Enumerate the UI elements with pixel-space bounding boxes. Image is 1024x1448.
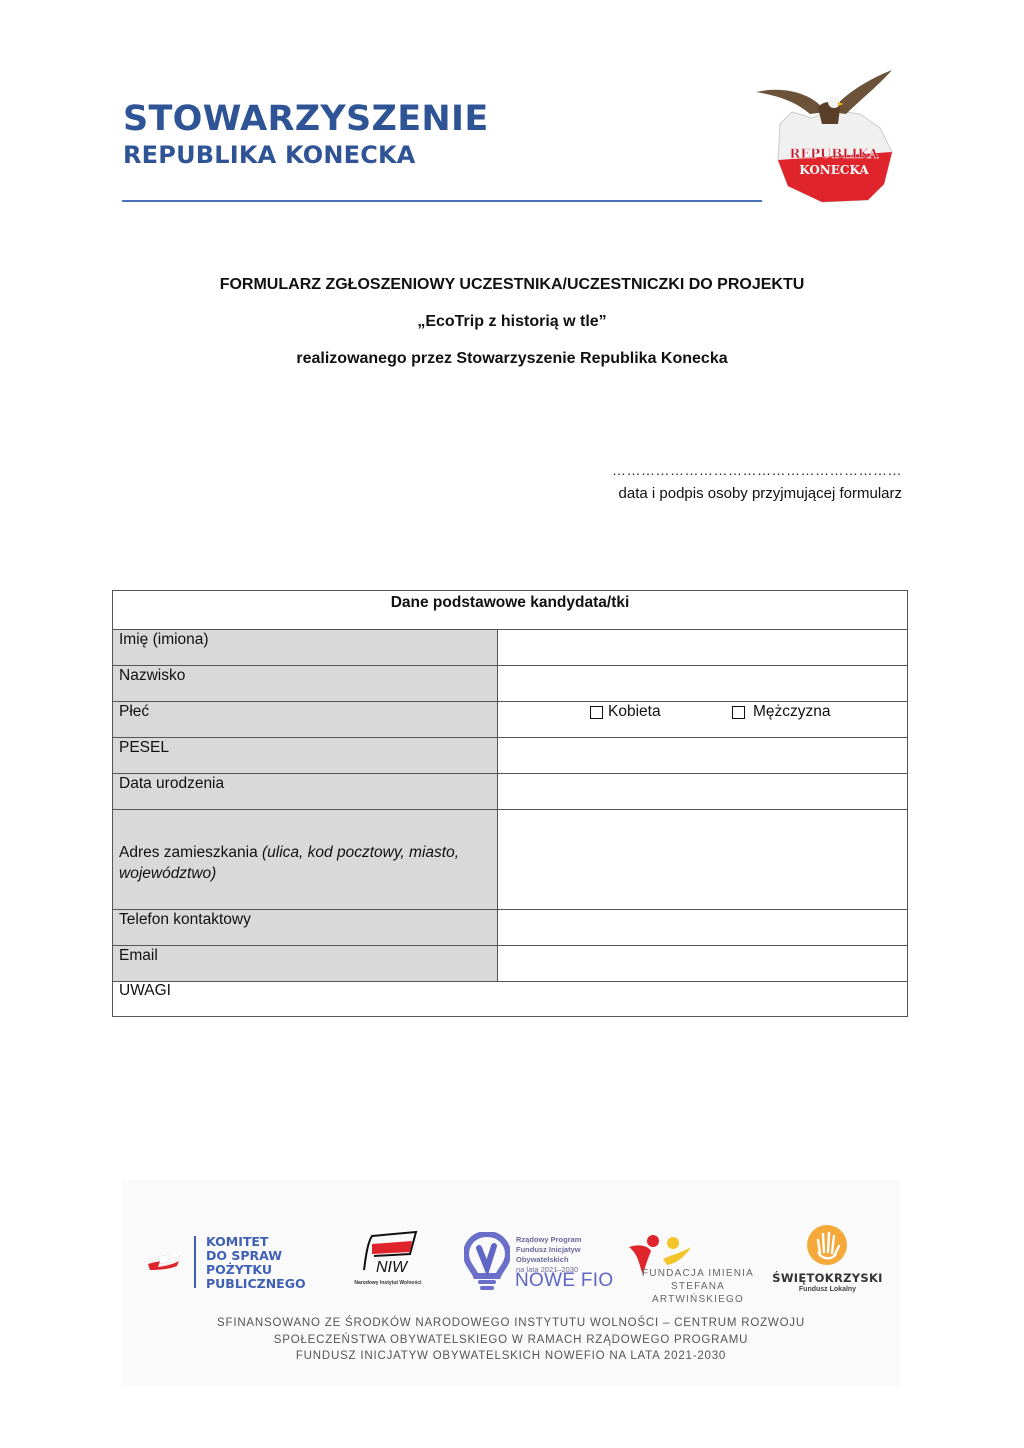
- hand-icon: [806, 1224, 848, 1266]
- fio-line: Fundusz Inicjatyw: [516, 1245, 581, 1255]
- gender-option-male[interactable]: Mężczyzna: [732, 703, 831, 721]
- table-row: Nazwisko: [113, 666, 908, 702]
- logo-text-republika: REPUBLIKA: [790, 147, 880, 162]
- komitet-logo: KOMITET DO SPRAW POŻYTKU PUBLICZNEGO: [146, 1232, 311, 1294]
- table-row: Data urodzenia: [113, 774, 908, 810]
- fundacja-line: FUNDACJA IMIENIA: [639, 1267, 757, 1280]
- gender-option-male-label: Mężczyzna: [753, 703, 831, 721]
- organization-name: STOWARZYSZENIE REPUBLIKA KONECKA: [123, 98, 489, 170]
- first-name-field[interactable]: [498, 630, 908, 666]
- fio-program-text: Rządowy Program Fundusz Inicjatyw Obywat…: [516, 1235, 581, 1275]
- komitet-line: DO SPRAW: [206, 1249, 306, 1263]
- swietokrzyski-logo: ŚWIĘTOKRZYSKI Fundusz Lokalny: [770, 1224, 885, 1296]
- niw-name: NIW: [376, 1259, 409, 1276]
- table-row: Płeć Kobieta Mężczyzna: [113, 702, 908, 738]
- checkbox-icon[interactable]: [732, 706, 745, 719]
- komitet-line: PUBLICZNEGO: [206, 1277, 306, 1291]
- niw-logo: NIW Narodowy Instytut Wolności: [350, 1228, 426, 1294]
- table-row: Adres zamieszkania (ulica, kod pocztowy,…: [113, 810, 908, 910]
- last-name-field[interactable]: [498, 666, 908, 702]
- field-label-birth-date: Data urodzenia: [113, 774, 498, 810]
- table-row: PESEL: [113, 738, 908, 774]
- checkbox-icon[interactable]: [590, 706, 603, 719]
- field-label-last-name: Nazwisko: [113, 666, 498, 702]
- notes-label: UWAGI: [119, 982, 171, 999]
- notes-field[interactable]: UWAGI: [113, 982, 908, 1017]
- funding-line: SFINANSOWANO ZE ŚRODKÓW NARODOWEGO INSTY…: [122, 1315, 900, 1332]
- project-name: „EcoTrip z historią w tle”: [0, 313, 1024, 331]
- funding-line: SPOŁECZEŃSTWA OBYWATELSKIEGO W RAMACH RZ…: [122, 1332, 900, 1349]
- signature-label: data i podpis osoby przyjmującej formula…: [619, 485, 902, 502]
- project-organizer: realizowanego przez Stowarzyszenie Repub…: [0, 350, 1024, 368]
- birth-date-field[interactable]: [498, 774, 908, 810]
- table-row: Email: [113, 946, 908, 982]
- fio-line: Obywatelskich: [516, 1255, 581, 1265]
- lightbulb-icon: [464, 1232, 510, 1292]
- pesel-field[interactable]: [498, 738, 908, 774]
- republika-konecka-eagle-logo: REPUBLIKA KONECKA: [752, 62, 904, 204]
- swietokrzyski-name: ŚWIĘTOKRZYSKI: [770, 1271, 885, 1285]
- field-label-pesel: PESEL: [113, 738, 498, 774]
- phone-field[interactable]: [498, 910, 908, 946]
- table-heading: Dane podstawowe kandydata/tki: [113, 591, 908, 630]
- org-name-line1: STOWARZYSZENIE: [123, 98, 489, 140]
- field-label-first-name: Imię (imiona): [113, 630, 498, 666]
- polish-flag-icon: [146, 1250, 182, 1272]
- funding-statement: SFINANSOWANO ZE ŚRODKÓW NARODOWEGO INSTY…: [122, 1315, 900, 1365]
- form-title: FORMULARZ ZGŁOSZENIOWY UCZESTNIKA/UCZEST…: [0, 276, 1024, 294]
- email-field[interactable]: [498, 946, 908, 982]
- fundacja-line: STEFANA ARTWIŃSKIEGO: [639, 1280, 757, 1306]
- org-name-line2: REPUBLIKA KONECKA: [123, 140, 489, 170]
- fio-line: Rządowy Program: [516, 1235, 581, 1245]
- niw-subtitle: Narodowy Instytut Wolności: [350, 1280, 426, 1286]
- fundacja-text: FUNDACJA IMIENIA STEFANA ARTWIŃSKIEGO: [639, 1267, 757, 1306]
- gender-option-female[interactable]: Kobieta: [590, 703, 661, 721]
- funding-line: FUNDUSZ INICJATYW OBYWATELSKICH NOWEFIO …: [122, 1348, 900, 1365]
- divider: [194, 1236, 196, 1288]
- gender-option-female-label: Kobieta: [608, 703, 661, 721]
- address-field[interactable]: [498, 810, 908, 910]
- field-label-phone: Telefon kontaktowy: [113, 910, 498, 946]
- logo-text-konecka: KONECKA: [799, 163, 869, 177]
- komitet-line: POŻYTKU: [206, 1263, 306, 1277]
- applicant-data-table: Dane podstawowe kandydata/tki Imię (imio…: [112, 590, 908, 1017]
- komitet-line: KOMITET: [206, 1235, 306, 1249]
- table-row: UWAGI: [113, 982, 908, 1017]
- address-label: Adres zamieszkania: [119, 844, 258, 861]
- field-label-email: Email: [113, 946, 498, 982]
- komitet-text: KOMITET DO SPRAW POŻYTKU PUBLICZNEGO: [206, 1235, 306, 1291]
- field-label-address: Adres zamieszkania (ulica, kod pocztowy,…: [113, 810, 498, 910]
- header-divider: [122, 200, 762, 202]
- swietokrzyski-subtitle: Fundusz Lokalny: [770, 1286, 885, 1293]
- sponsors-footer: KOMITET DO SPRAW POŻYTKU PUBLICZNEGO NIW…: [122, 1180, 900, 1386]
- table-row: Imię (imiona): [113, 630, 908, 666]
- fio-name: NOWE FIO: [515, 1270, 613, 1292]
- signature-line: ……………………………………………………: [612, 462, 902, 478]
- gender-field: Kobieta Mężczyzna: [498, 702, 908, 738]
- niw-flag-icon: NIW: [350, 1228, 426, 1278]
- field-label-gender: Płeć: [113, 702, 498, 738]
- table-row: Telefon kontaktowy: [113, 910, 908, 946]
- fundacja-artwinskiego-logo: FUNDACJA IMIENIA STEFANA ARTWIŃSKIEGO: [627, 1235, 757, 1291]
- nowe-fio-logo: Rządowy Program Fundusz Inicjatyw Obywat…: [464, 1232, 614, 1292]
